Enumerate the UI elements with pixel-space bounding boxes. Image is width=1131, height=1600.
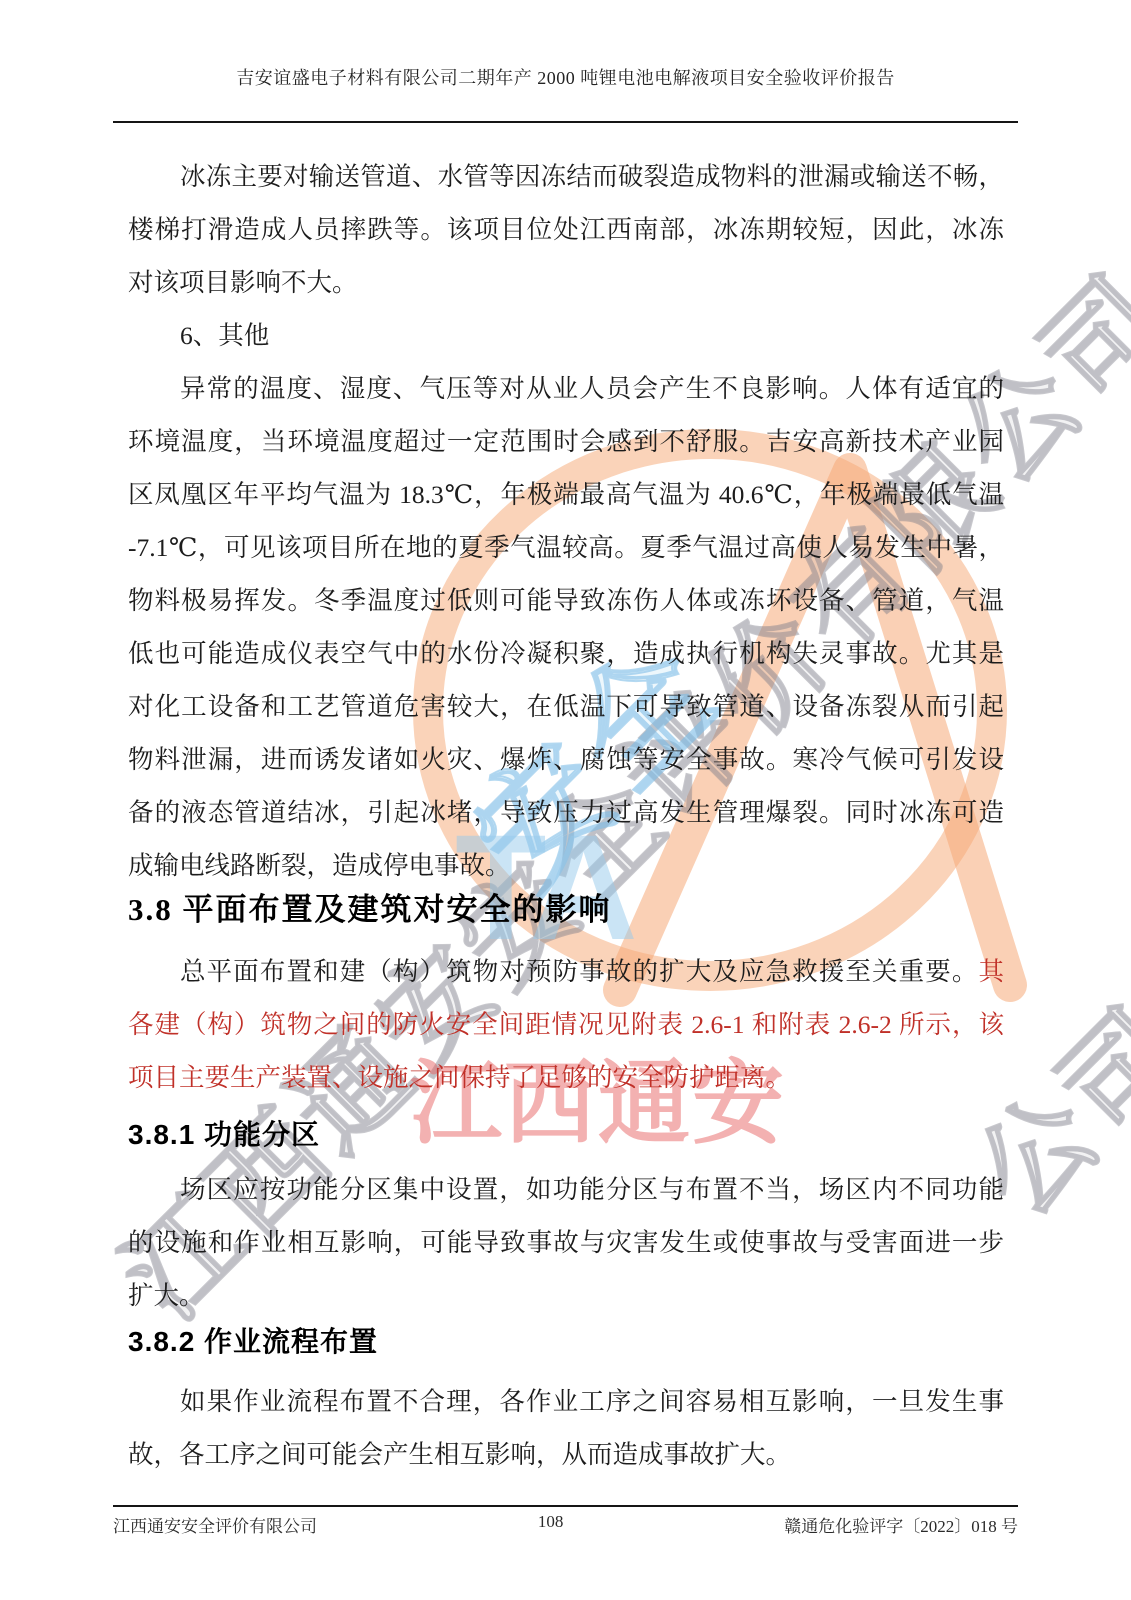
layout-line1-red-text: 其 [978,957,1004,986]
text-line: 环境温度，当环境温度超过一定范围时会感到不舒服。吉安高新技术产业园 [128,415,1004,468]
text-line: 扩大。 [128,1269,1004,1322]
paragraph-layout-intro: 总平面布置和建（构）筑物对预防事故的扩大及应急救援至关重要。其 各建（构）筑物之… [128,945,1004,1104]
list-item-other: 6、其他 [128,309,1004,362]
section-heading-3-8-2: 3.8.2 作业流程布置 [128,1320,1028,1360]
paragraph-frost: 冰冻主要对输送管道、水管等因冻结而破裂造成物料的泄漏或输送不畅，楼梯打滑造成人员… [128,150,1004,309]
paragraph-climate: 异常的温度、湿度、气压等对从业人员会产生不良影响。人体有适宜的环境温度，当环境温… [128,362,1004,892]
layout-line1-black-text: 总平面布置和建（构）筑物对预防事故的扩大及应急救援至关重要。 [180,957,978,986]
text-line: 区凤凰区年平均气温为 18.3℃，年极端最高气温为 40.6℃，年极端最低气温 [128,468,1004,521]
paragraph-layout-line1: 总平面布置和建（构）筑物对预防事故的扩大及应急救援至关重要。其 [128,945,1004,998]
footer-rule [113,1505,1018,1507]
paragraph-layout-line3: 项目主要生产装置、设施之间保持了足够的安全防护距离。 [128,1051,1004,1104]
text-line: 对该项目影响不大。 [128,256,1004,309]
text-line: 物料泄漏，进而诱发诸如火灾、爆炸、腐蚀等安全事故。寒冷气候可引发设 [128,733,1004,786]
page-footer: 江西通安安全评价有限公司 108 赣通危化验评字〔2022〕018 号 [113,1512,1018,1537]
paragraph-function-zones: 场区应按功能分区集中设置，如功能分区与布置不当，场区内不同功能的设施和作业相互影… [128,1163,1004,1322]
text-line: 对化工设备和工艺管道危害较大，在低温下可导致管道、设备冻裂从而引起 [128,680,1004,733]
text-line: 场区应按功能分区集中设置，如功能分区与布置不当，场区内不同功能 [128,1163,1004,1216]
paragraph-process-layout: 如果作业流程布置不合理，各作业工序之间容易相互影响，一旦发生事故，各工序之间可能… [128,1375,1004,1481]
text-line: 物料极易挥发。冬季温度过低则可能导致冻伤人体或冻坏设备、管道，气温 [128,574,1004,627]
text-line: 楼梯打滑造成人员摔跌等。该项目位处江西南部，冰冻期较短，因此，冰冻 [128,203,1004,256]
text-line: 低也可能造成仪表空气中的水份冷凝积聚，造成执行机构失灵事故。尤其是 [128,627,1004,680]
footer-page-number: 108 [538,1512,564,1532]
page-header-title: 吉安谊盛电子材料有限公司二期年产 2000 吨锂电池电解液项目安全验收评价报告 [0,64,1131,90]
report-page: 江西通安安全评价有限公司 公司 安全 TA 江西通安 吉安谊盛电子材料有限公司二… [0,0,1131,1600]
section-heading-3-8-1: 3.8.1 功能分区 [128,1113,1028,1153]
text-line: -7.1℃，可见该项目所在地的夏季气温较高。夏季气温过高使人易发生中暑， [128,521,1004,574]
text-line: 冰冻主要对输送管道、水管等因冻结而破裂造成物料的泄漏或输送不畅， [128,150,1004,203]
text-line: 如果作业流程布置不合理，各作业工序之间容易相互影响，一旦发生事 [128,1375,1004,1428]
text-line: 异常的温度、湿度、气压等对从业人员会产生不良影响。人体有适宜的 [128,362,1004,415]
text-line: 的设施和作业相互影响，可能导致事故与灾害发生或使事故与受害面进一步 [128,1216,1004,1269]
footer-doc-number: 赣通危化验评字〔2022〕018 号 [784,1512,1018,1537]
section-heading-3-8: 3.8 平面布置及建筑对安全的影响 [128,884,1028,929]
paragraph-layout-line2: 各建（构）筑物之间的防火安全间距情况见附表 2.6-1 和附表 2.6-2 所示… [128,998,1004,1051]
text-line: 备的液态管道结冰，引起冰堵，导致压力过高发生管理爆裂。同时冰冻可造 [128,786,1004,839]
header-rule [113,121,1018,123]
text-line: 故，各工序之间可能会产生相互影响，从而造成事故扩大。 [128,1428,1004,1481]
footer-company: 江西通安安全评价有限公司 [113,1512,317,1537]
